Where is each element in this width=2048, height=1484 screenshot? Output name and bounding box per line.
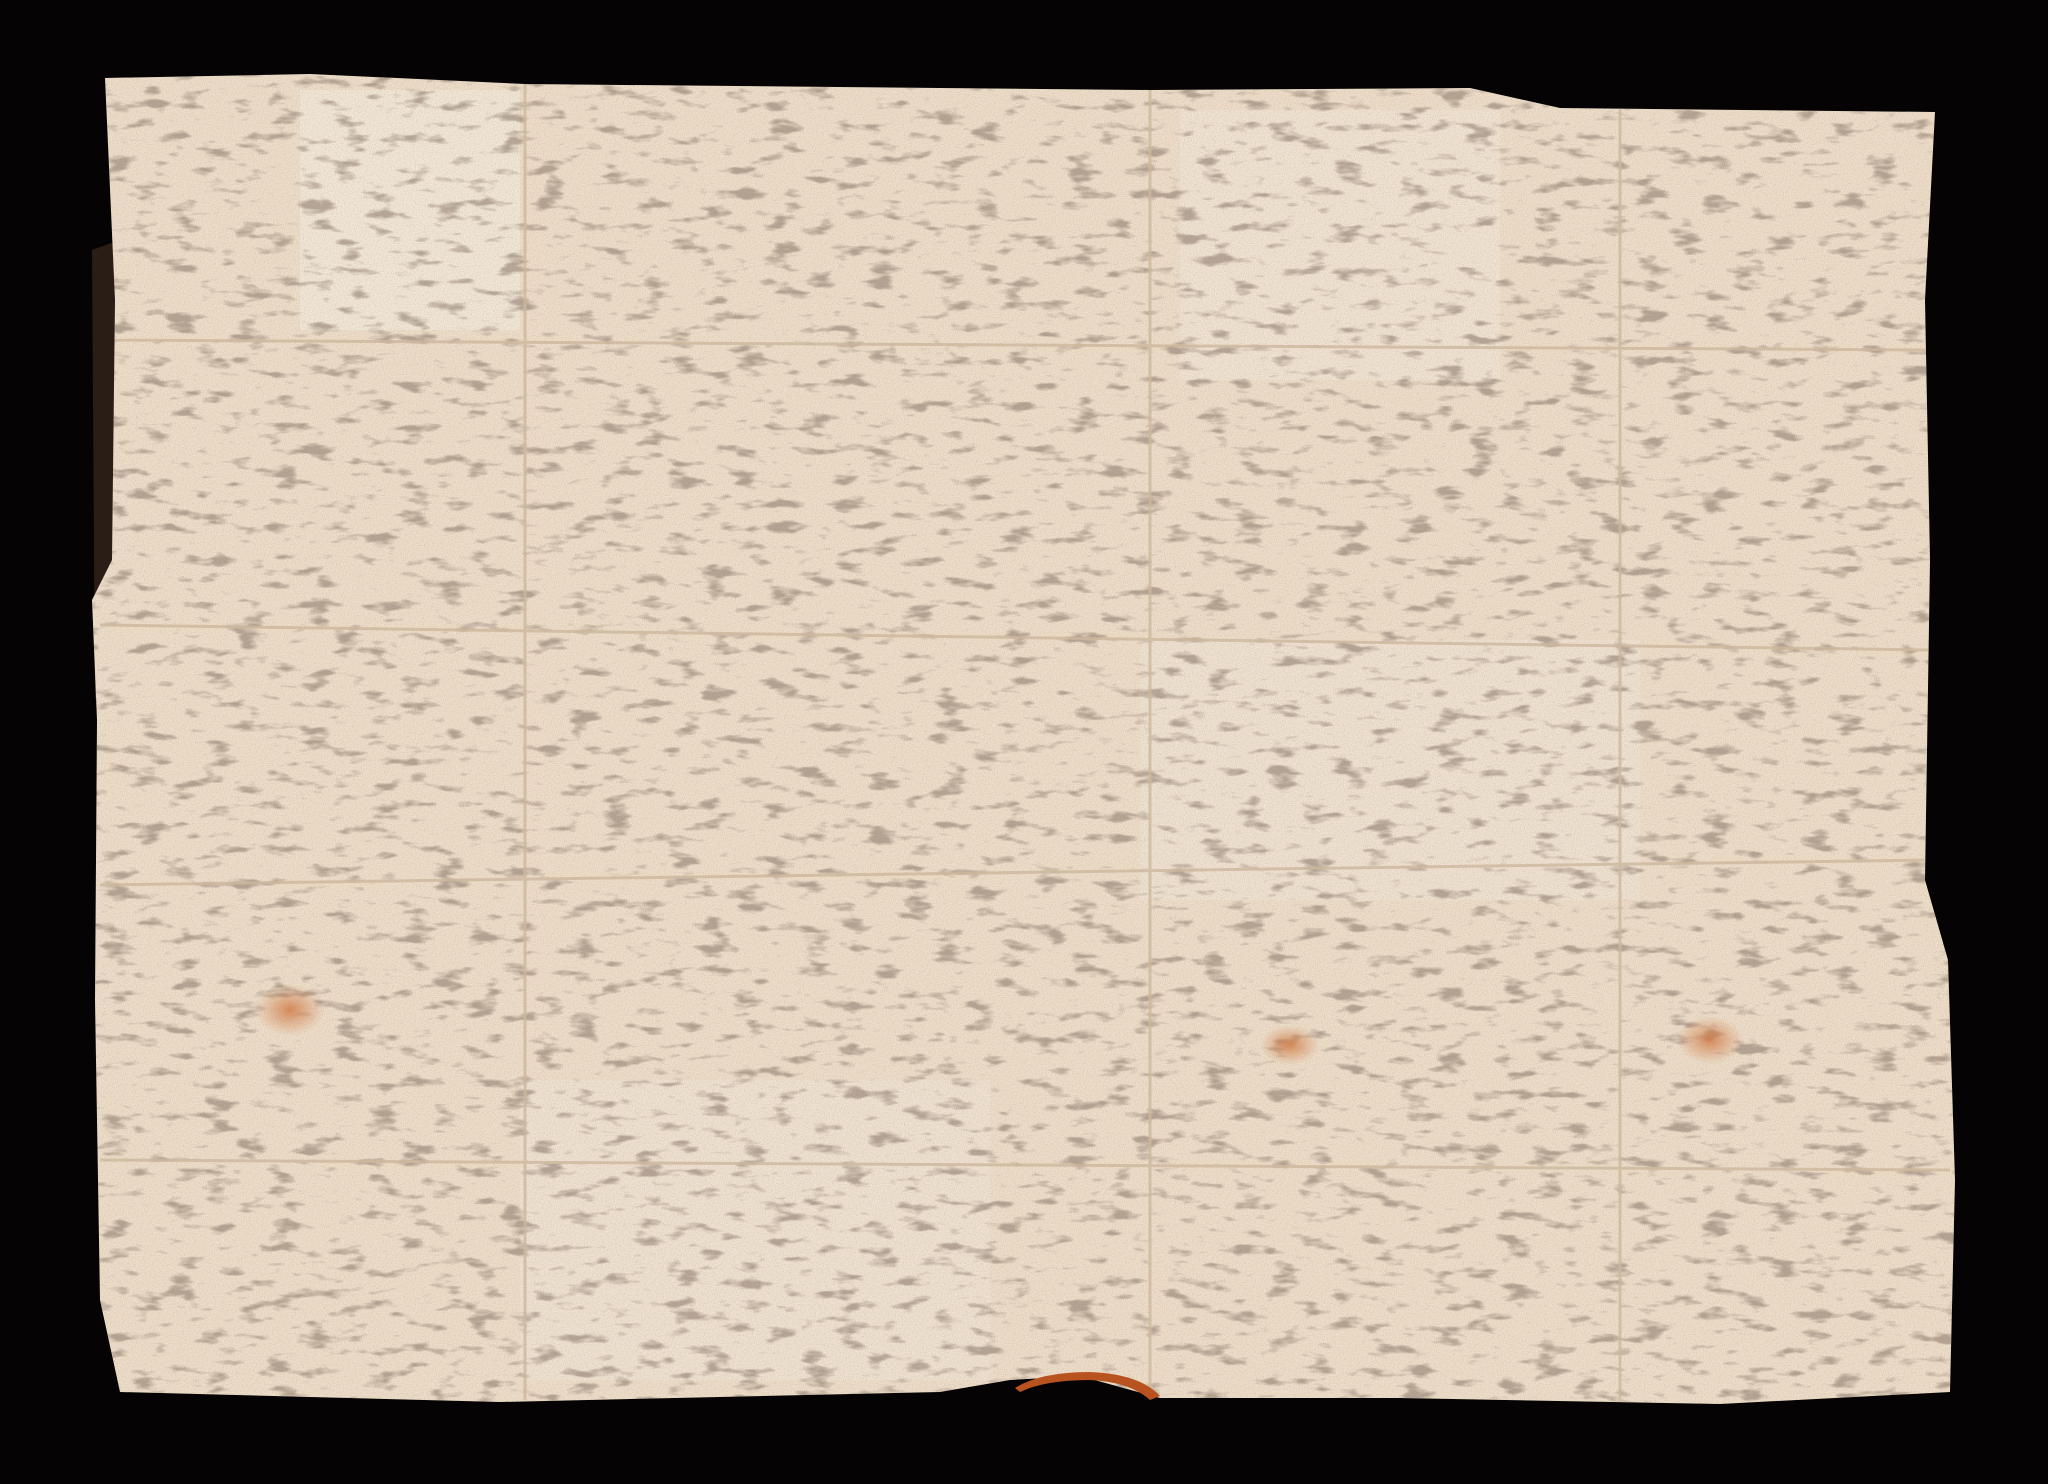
- bark-cloth: [0, 0, 2048, 1484]
- rust-stain: [1676, 1016, 1744, 1064]
- rust-stain: [1260, 1025, 1320, 1065]
- bark-cloth-photo: [0, 0, 2048, 1484]
- photo-scene: [0, 0, 2048, 1484]
- rust-stain: [255, 984, 325, 1036]
